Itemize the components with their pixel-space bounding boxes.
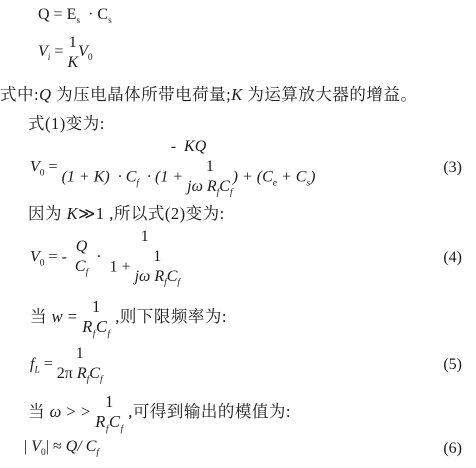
math-token: ) · bbox=[104, 168, 125, 185]
math-token: C bbox=[75, 258, 86, 275]
fraction-denominator: 2π RfCf bbox=[57, 364, 103, 386]
fraction-numerator: 1 bbox=[76, 344, 84, 364]
text-run: 因为 K≫1 ,所以式(2)变为: bbox=[28, 204, 225, 223]
math-token: = bbox=[45, 249, 62, 266]
equation-4: V0 = - QCf · 11 + 1jω RfCf(4) bbox=[30, 227, 476, 289]
math-token: w bbox=[52, 307, 64, 326]
math-token: | ≈ bbox=[46, 438, 66, 455]
subscript-f: f bbox=[86, 269, 89, 279]
minus-sign: - bbox=[62, 249, 75, 266]
math-token: jω bbox=[187, 178, 207, 195]
fraction-numerator: 1 bbox=[206, 157, 214, 177]
equation-6: | V0| ≈ Q/ Cf(6) bbox=[24, 438, 476, 459]
math-token: C bbox=[89, 365, 100, 382]
fraction-denominator: K bbox=[67, 53, 78, 73]
text-token: 式(1)变为: bbox=[28, 114, 105, 133]
math-token: = bbox=[40, 355, 57, 372]
math-token: + bbox=[277, 168, 296, 185]
math-token: = bbox=[50, 43, 67, 60]
math-token: = bbox=[63, 307, 82, 326]
fraction-denominator: RfCf bbox=[82, 317, 110, 340]
math-token: C bbox=[96, 317, 108, 336]
math-token: C bbox=[262, 168, 273, 185]
document-page: Q = Es · Cs Vi = 1KV0 式中:Q 为压电晶体所带电荷量;K … bbox=[0, 0, 476, 468]
subscript-s: s bbox=[108, 16, 112, 26]
math-token: K bbox=[67, 204, 79, 223]
subscript-f: f bbox=[100, 375, 103, 385]
math-token: C bbox=[219, 178, 230, 195]
fraction-denominator: 1 + 1jω RfCf bbox=[110, 247, 181, 289]
fraction-numerator: 1 bbox=[92, 297, 101, 317]
subscript-f: f bbox=[121, 424, 124, 434]
math-token: > > bbox=[62, 402, 96, 421]
subscript-f: f bbox=[107, 329, 110, 339]
fraction: 1K bbox=[67, 33, 78, 73]
math-token: ω bbox=[50, 402, 62, 421]
fraction-numerator: 1 bbox=[69, 33, 77, 53]
text-token: 因为 bbox=[28, 204, 67, 223]
fraction: 1RfCf bbox=[95, 392, 123, 435]
fraction-denominator: Cf bbox=[75, 257, 88, 279]
minus-sign: - bbox=[171, 138, 184, 155]
equation-charge: Q = Es · Cs bbox=[38, 3, 476, 27]
text-run: 式中:Q 为压电晶体所带电荷量;K 为运算放大器的增益。 bbox=[0, 85, 417, 104]
math-token: K bbox=[231, 85, 243, 104]
math-token: V bbox=[78, 43, 88, 60]
text-token: ,可得到输出的模值为: bbox=[124, 402, 291, 421]
text-token: 当 bbox=[30, 307, 52, 326]
fraction-denominator: (1 + K) · Cf · (1 + 1jω RfCf) + (Ce + Cs… bbox=[62, 157, 316, 199]
math-token: R bbox=[207, 178, 217, 195]
paragraph-because: 因为 K≫1 ,所以式(2)变为: bbox=[28, 202, 476, 225]
fraction-denominator: RfCf bbox=[95, 412, 123, 435]
math-expression: V0 = - KQ(1 + K) · Cf · (1 + 1jω RfCf) +… bbox=[30, 137, 315, 199]
paragraph-w-equals: 当 w = 1RfCf ,则下限频率为: bbox=[30, 297, 476, 340]
equation-4-number: (4) bbox=[443, 249, 476, 267]
equation-5: fL = 12π RfCf(5) bbox=[30, 344, 476, 386]
text-token: 为运算放大器的增益。 bbox=[243, 85, 418, 104]
math-token: V bbox=[31, 438, 41, 455]
text-run: 式(1)变为: bbox=[28, 114, 105, 133]
math-token: C bbox=[126, 168, 137, 185]
subscript-0: 0 bbox=[88, 54, 93, 64]
math-token: ) + ( bbox=[233, 168, 262, 185]
fraction-numerator: 1 bbox=[105, 392, 114, 412]
math-token: = bbox=[45, 158, 62, 175]
fraction: QCf bbox=[75, 237, 88, 279]
fraction: - KQ(1 + K) · Cf · (1 + 1jω RfCf) + (Ce … bbox=[62, 137, 316, 199]
math-token: (1 + bbox=[62, 168, 94, 185]
nested-fraction: 1jω RfCf bbox=[135, 247, 180, 289]
math-token: jω bbox=[135, 268, 155, 285]
math-token: Q/ C bbox=[66, 438, 97, 455]
fraction-numerator: Q bbox=[76, 237, 88, 257]
subscript-f: f bbox=[230, 188, 233, 198]
math-token: R bbox=[77, 365, 87, 382]
math-token: R bbox=[154, 268, 164, 285]
equation-input-voltage: Vi = 1KV0 bbox=[38, 33, 476, 73]
math-token: · (1 + bbox=[139, 168, 187, 185]
subscript-f: f bbox=[177, 279, 180, 289]
math-token: C bbox=[109, 412, 121, 431]
fraction-denominator: jω RfCf bbox=[187, 177, 232, 199]
math-token: C bbox=[296, 168, 307, 185]
text-token: ≫1 ,所以式(2)变为: bbox=[78, 204, 225, 223]
fraction: 1RfCf bbox=[82, 297, 110, 340]
subscript-f: f bbox=[96, 449, 99, 459]
text-run: 当 w = 1RfCf ,则下限频率为: bbox=[30, 307, 227, 326]
equation-3: V0 = - KQ(1 + K) · Cf · (1 + 1jω RfCf) +… bbox=[30, 137, 476, 199]
math-expression: Vi = 1KV0 bbox=[38, 43, 93, 60]
text-token: ,则下限频率为: bbox=[111, 307, 227, 326]
equation-5-number: (5) bbox=[443, 356, 476, 374]
paragraph-eq1-intro: 式(1)变为: bbox=[28, 112, 476, 135]
text-token: 式中: bbox=[0, 85, 39, 104]
paragraph-omega-much-greater: 当 ω > > 1RfCf ,可得到输出的模值为: bbox=[28, 392, 476, 435]
math-token: Q bbox=[39, 85, 51, 104]
math-expression: fL = 12π RfCf bbox=[30, 344, 103, 386]
math-expression: Q = Es · Cs bbox=[38, 6, 112, 23]
fraction-numerator: 1 bbox=[141, 227, 149, 247]
math-token: ) bbox=[310, 168, 315, 185]
math-token: C bbox=[167, 268, 178, 285]
multiply-dot: · bbox=[88, 249, 109, 266]
math-token: R bbox=[82, 317, 93, 336]
fraction-numerator: 1 bbox=[153, 247, 161, 267]
fraction: 11 + 1jω RfCf bbox=[110, 227, 181, 289]
math-token: 2π bbox=[57, 365, 77, 382]
nested-fraction: 1jω RfCf bbox=[187, 157, 232, 199]
math-token: V bbox=[30, 249, 40, 266]
equation-6-number: (6) bbox=[443, 440, 476, 458]
math-token: R bbox=[95, 412, 106, 431]
fraction-numerator: - KQ bbox=[171, 137, 207, 157]
math-token: · C bbox=[80, 6, 108, 23]
fraction-denominator: jω RfCf bbox=[135, 267, 180, 289]
text-token: 为压电晶体所带电荷量; bbox=[52, 85, 232, 104]
text-token: 当 bbox=[28, 402, 50, 421]
paragraph-definition: 式中:Q 为压电晶体所带电荷量;K 为运算放大器的增益。 bbox=[0, 83, 476, 106]
math-expression: | V0| ≈ Q/ Cf bbox=[24, 438, 99, 459]
math-token: KQ bbox=[184, 138, 206, 155]
fraction: 12π RfCf bbox=[57, 344, 103, 386]
math-token: Q = E bbox=[38, 6, 76, 23]
math-token: V bbox=[30, 158, 40, 175]
text-run: 当 ω > > 1RfCf ,可得到输出的模值为: bbox=[28, 402, 291, 421]
math-token: K bbox=[94, 168, 105, 185]
math-expression: V0 = - QCf · 11 + 1jω RfCf bbox=[30, 227, 180, 289]
equation-3-number: (3) bbox=[443, 159, 476, 177]
math-token: 1 + bbox=[110, 259, 135, 276]
math-token: V bbox=[38, 43, 48, 60]
